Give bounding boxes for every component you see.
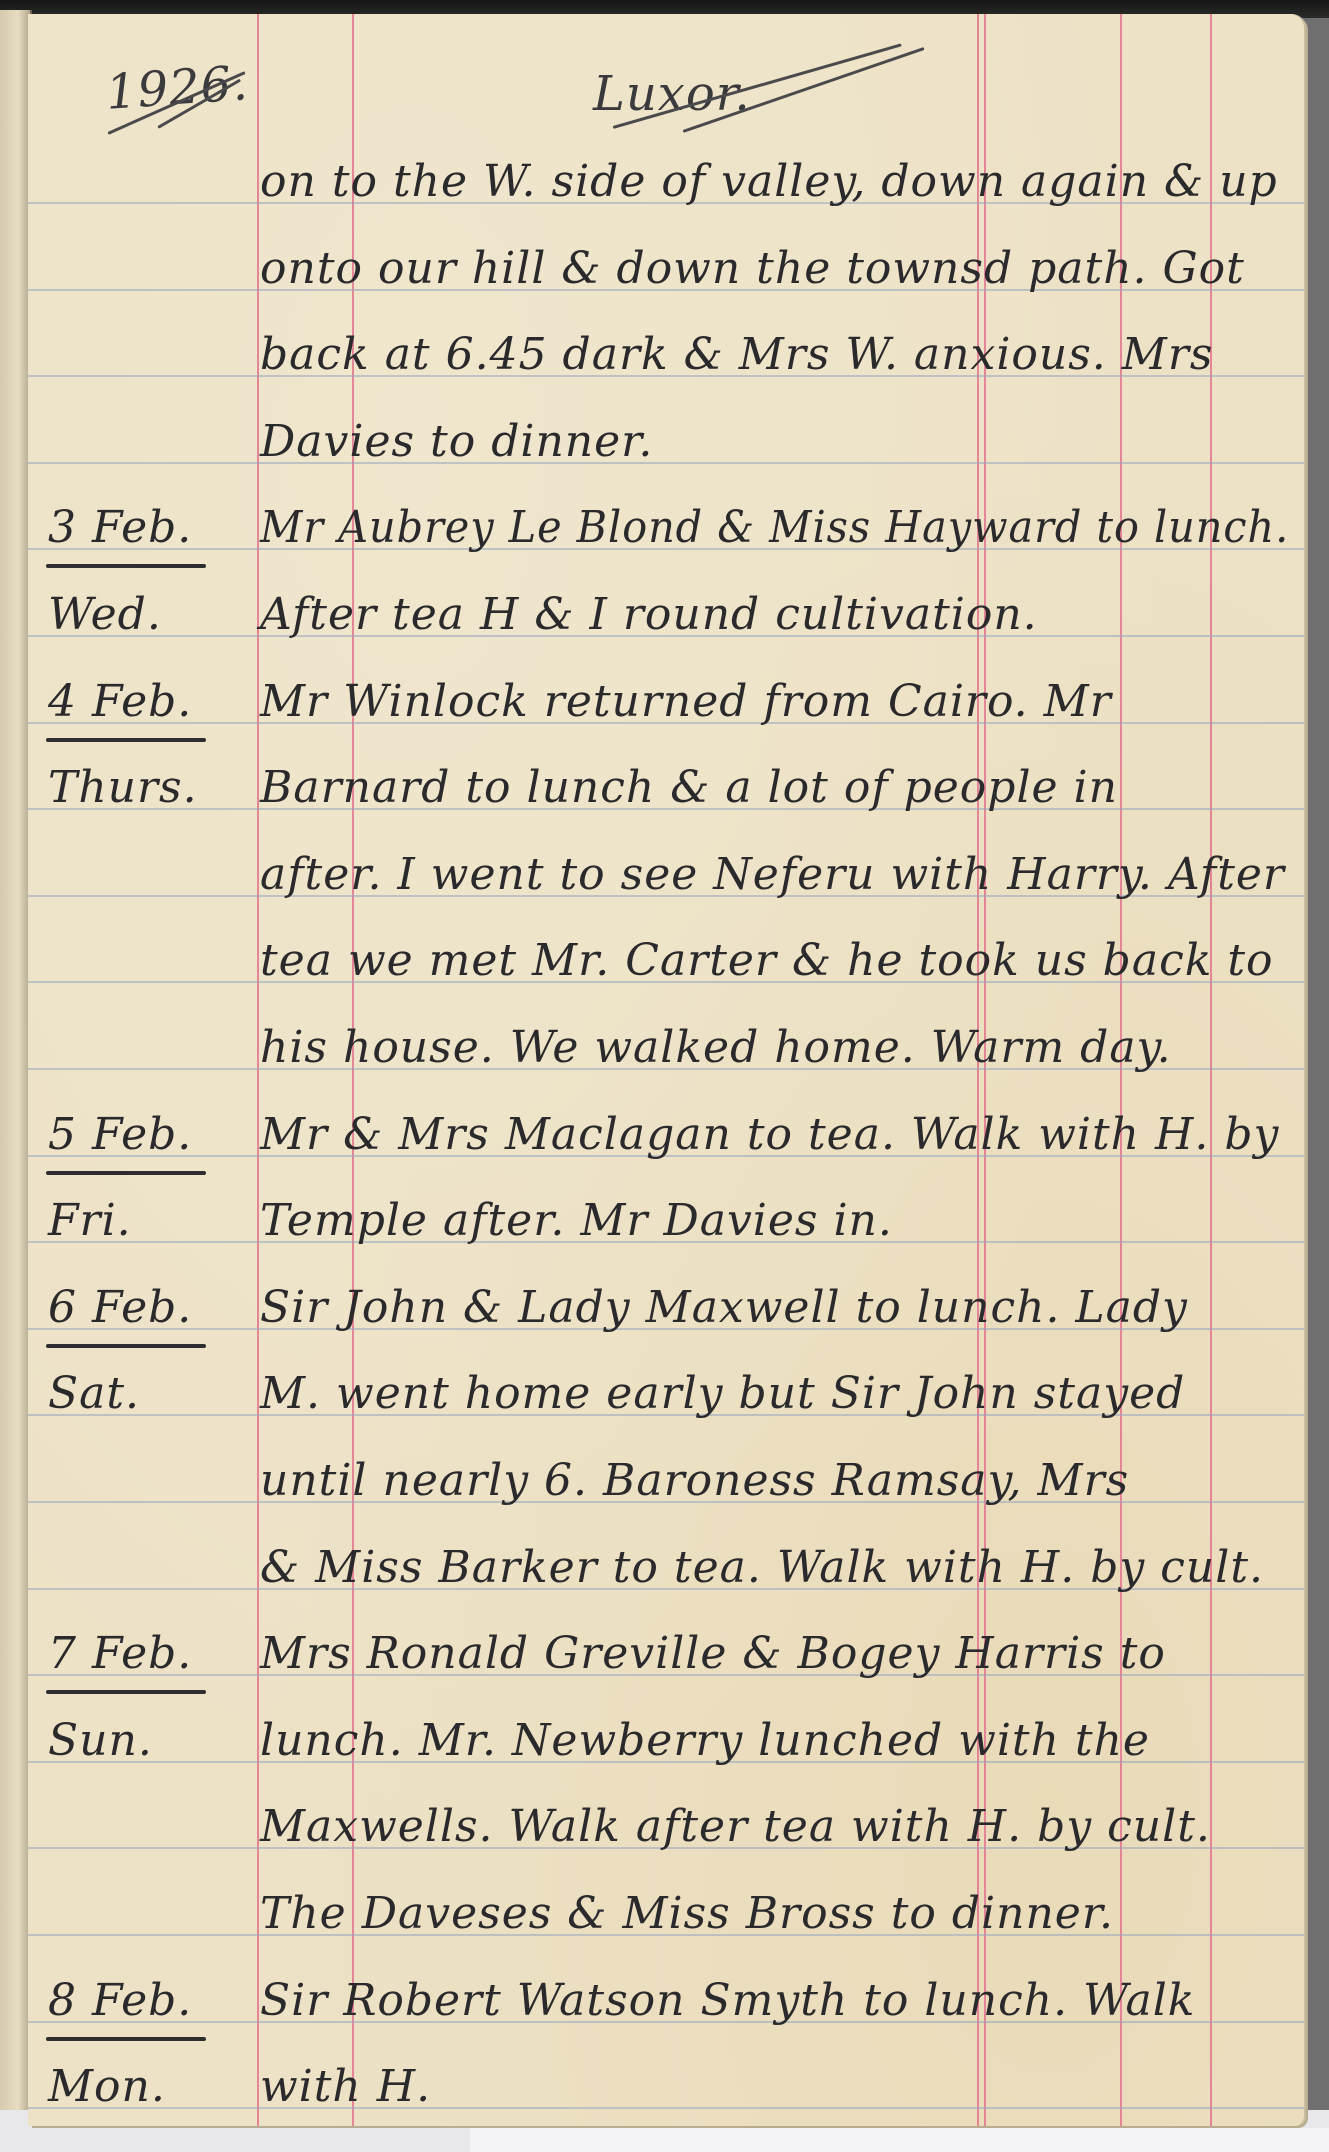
entry-date: Mon. — [48, 2065, 248, 2109]
entry-date: 4 Feb. — [48, 680, 248, 724]
date-underline — [46, 1344, 206, 1348]
entry-text: Davies to dinner. — [260, 420, 653, 464]
entry-text: back at 6.45 dark & Mrs W. anxious. Mrs — [260, 333, 1213, 377]
ruled-line — [28, 462, 1304, 464]
underlying-sheet-edge — [470, 2128, 1329, 2152]
date-underline — [46, 1171, 206, 1175]
entry-date: Sat. — [48, 1372, 248, 1416]
entry-text: Mrs Ronald Greville & Bogey Harris to — [260, 1632, 1166, 1676]
entry-date: 6 Feb. — [48, 1286, 248, 1330]
margin-line-date — [257, 14, 259, 2126]
entry-text: The Daveses & Miss Bross to dinner. — [260, 1892, 1114, 1936]
entry-text: & Miss Barker to tea. Walk with H. by cu… — [260, 1546, 1264, 1590]
entry-text: lunch. Mr. Newberry lunched with the — [260, 1719, 1150, 1763]
entry-text: onto our hill & down the townsd path. Go… — [260, 247, 1245, 291]
entry-date: Thurs. — [48, 766, 248, 810]
date-underline — [46, 564, 206, 568]
entry-text: After tea H & I round cultivation. — [260, 593, 1038, 637]
entry-text: Sir Robert Watson Smyth to lunch. Walk — [260, 1979, 1195, 2023]
entry-text: tea we met Mr. Carter & he took us back … — [260, 939, 1274, 983]
entry-date: Sun. — [48, 1719, 248, 1763]
entry-text: Mr & Mrs Maclagan to tea. Walk with H. b… — [260, 1113, 1279, 1157]
diary-page: 1926. Luxor. on to the W. side of valley… — [28, 14, 1304, 2126]
entry-text: on to the W. side of valley, down again … — [260, 160, 1278, 204]
entry-date: Fri. — [48, 1199, 248, 1243]
date-underline — [46, 2037, 206, 2041]
entry-text: with H. — [260, 2065, 431, 2109]
entry-text: Mr Winlock returned from Cairo. Mr — [260, 680, 1112, 724]
entry-text: Temple after. Mr Davies in. — [260, 1199, 893, 1243]
entry-text: Sir John & Lady Maxwell to lunch. Lady — [260, 1286, 1188, 1330]
entry-date: 3 Feb. — [48, 506, 248, 550]
entry-date: 7 Feb. — [48, 1632, 248, 1676]
entry-text: until nearly 6. Baroness Ramsay, Mrs — [260, 1459, 1129, 1503]
entry-date: 8 Feb. — [48, 1979, 248, 2023]
entry-date: Wed. — [48, 593, 248, 637]
entry-date: 5 Feb. — [48, 1113, 248, 1157]
entry-text: Mr Aubrey Le Blond & Miss Hayward to lun… — [260, 506, 1229, 550]
date-underline — [46, 738, 206, 742]
entry-text: Barnard to lunch & a lot of people in — [260, 766, 1118, 810]
date-underline — [46, 1690, 206, 1694]
entry-text: his house. We walked home. Warm day. — [260, 1026, 1172, 1070]
entry-text: after. I went to see Neferu with Harry. … — [260, 853, 1285, 897]
entry-text: M. went home early but Sir John stayed — [260, 1372, 1185, 1416]
entry-text: Maxwells. Walk after tea with H. by cult… — [260, 1805, 1211, 1849]
